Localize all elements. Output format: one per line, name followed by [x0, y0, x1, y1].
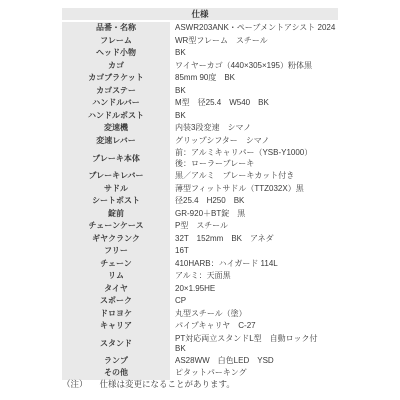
- spec-row: ランプAS28WW 白色LED YSD: [62, 355, 338, 368]
- spec-row: ヘッド小物BK: [62, 47, 338, 60]
- spec-row: 変速レバーグリップシフター シマノ: [62, 135, 338, 148]
- spec-value: WR型フレーム スチール: [170, 35, 338, 48]
- spec-label: ドロヨケ: [62, 308, 170, 321]
- spec-label: タイヤ: [62, 283, 170, 296]
- spec-value: 黒／アルミ ブレーキカット付き: [170, 170, 338, 183]
- spec-row: ブレーキレバー黒／アルミ ブレーキカット付き: [62, 170, 338, 183]
- spec-value: AS28WW 白色LED YSD: [170, 355, 338, 368]
- spec-value: アルミ：天面黒: [170, 270, 338, 283]
- spec-value: パイプキャリヤ C-27: [170, 320, 338, 333]
- spec-row: フリー16T: [62, 245, 338, 258]
- spec-row: サドル薄型フィットサドル（TTZ032X）黒: [62, 183, 338, 196]
- spec-value: 16T: [170, 245, 338, 258]
- spec-value: 径25.4 H250 BK: [170, 195, 338, 208]
- table-title: 仕様: [62, 8, 338, 20]
- spec-row: スポークCP: [62, 295, 338, 308]
- spec-value: 前：アルミキャリパー（YSB-Y1000）後：ローラーブレーキ: [170, 147, 338, 170]
- spec-value: 85mm 90度 BK: [170, 72, 338, 85]
- spec-value-line: 前：アルミキャリパー（YSB-Y1000）: [175, 148, 336, 159]
- spec-label: ギヤクランク: [62, 233, 170, 246]
- spec-table: 仕様 品番・名称ASWR203ANK・ペーブメントアシスト 2024フレームWR…: [62, 8, 338, 380]
- spec-label: シートポスト: [62, 195, 170, 208]
- spec-label: スポーク: [62, 295, 170, 308]
- spec-row: ドロヨケ丸型スチール（塗）: [62, 308, 338, 321]
- spec-label: サドル: [62, 183, 170, 196]
- spec-row: ハンドルポストBK: [62, 110, 338, 123]
- footnote: （注） 仕様は変更になることがあります。: [62, 378, 235, 390]
- spec-row: ギヤクランク32T 152mm BK アネダ: [62, 233, 338, 246]
- spec-label: カゴブラケット: [62, 72, 170, 85]
- spec-label: ヘッド小物: [62, 47, 170, 60]
- spec-label: ブレーキ本体: [62, 147, 170, 170]
- spec-value: 32T 152mm BK アネダ: [170, 233, 338, 246]
- spec-row: カゴステーBK: [62, 85, 338, 98]
- spec-label: ブレーキレバー: [62, 170, 170, 183]
- spec-row: ブレーキ本体前：アルミキャリパー（YSB-Y1000）後：ローラーブレーキ: [62, 147, 338, 170]
- spec-row: スタンドPT対応両立スタンドL型 自動ロック付 BK: [62, 333, 338, 355]
- footnote-text: 仕様は変更になることがあります。: [100, 378, 235, 390]
- spec-value: BK: [170, 110, 338, 123]
- spec-label: 変速レバー: [62, 135, 170, 148]
- spec-label: チェーン: [62, 258, 170, 271]
- spec-value-line: 後：ローラーブレーキ: [175, 159, 336, 170]
- footnote-label: （注）: [62, 378, 88, 390]
- spec-value: PT対応両立スタンドL型 自動ロック付 BK: [170, 333, 338, 355]
- spec-row: 錠前GR-920＋BT錠 黒: [62, 208, 338, 221]
- spec-table-body: 品番・名称ASWR203ANK・ペーブメントアシスト 2024フレームWR型フレ…: [62, 22, 338, 380]
- spec-row: キャリアパイプキャリヤ C-27: [62, 320, 338, 333]
- spec-label: カゴステー: [62, 85, 170, 98]
- spec-label: スタンド: [62, 333, 170, 355]
- spec-row: リムアルミ：天面黒: [62, 270, 338, 283]
- spec-value: M型 径25.4 W540 BK: [170, 97, 338, 110]
- spec-row: 変速機内装3段変速 シマノ: [62, 122, 338, 135]
- spec-row: ハンドルバーM型 径25.4 W540 BK: [62, 97, 338, 110]
- spec-label: 変速機: [62, 122, 170, 135]
- spec-value: グリップシフター シマノ: [170, 135, 338, 148]
- spec-row: チェーンケースP型 スチール: [62, 220, 338, 233]
- spec-label: カゴ: [62, 60, 170, 73]
- spec-row: カゴブラケット85mm 90度 BK: [62, 72, 338, 85]
- spec-row: フレームWR型フレーム スチール: [62, 35, 338, 48]
- spec-label: チェーンケース: [62, 220, 170, 233]
- spec-value: 20×1.95HE: [170, 283, 338, 296]
- spec-value: ASWR203ANK・ペーブメントアシスト 2024: [170, 22, 338, 35]
- spec-row: 品番・名称ASWR203ANK・ペーブメントアシスト 2024: [62, 22, 338, 35]
- spec-label: フリー: [62, 245, 170, 258]
- spec-row: タイヤ20×1.95HE: [62, 283, 338, 296]
- spec-value: ワイヤーカゴ（440×305×195）粉体黒: [170, 60, 338, 73]
- spec-label: ハンドルバー: [62, 97, 170, 110]
- spec-label: キャリア: [62, 320, 170, 333]
- spec-value: BK: [170, 85, 338, 98]
- spec-row: カゴワイヤーカゴ（440×305×195）粉体黒: [62, 60, 338, 73]
- spec-label: ハンドルポスト: [62, 110, 170, 123]
- spec-value: 内装3段変速 シマノ: [170, 122, 338, 135]
- spec-value: CP: [170, 295, 338, 308]
- spec-label: 品番・名称: [62, 22, 170, 35]
- spec-label: フレーム: [62, 35, 170, 48]
- spec-value: GR-920＋BT錠 黒: [170, 208, 338, 221]
- spec-label: ランプ: [62, 355, 170, 368]
- spec-row: チェーン410HARB：ハイガード 114L: [62, 258, 338, 271]
- spec-value: BK: [170, 47, 338, 60]
- spec-value: 丸型スチール（塗）: [170, 308, 338, 321]
- spec-label: リム: [62, 270, 170, 283]
- spec-value: P型 スチール: [170, 220, 338, 233]
- spec-value: 薄型フィットサドル（TTZ032X）黒: [170, 183, 338, 196]
- spec-value: 410HARB：ハイガード 114L: [170, 258, 338, 271]
- spec-row: シートポスト径25.4 H250 BK: [62, 195, 338, 208]
- spec-label: 錠前: [62, 208, 170, 221]
